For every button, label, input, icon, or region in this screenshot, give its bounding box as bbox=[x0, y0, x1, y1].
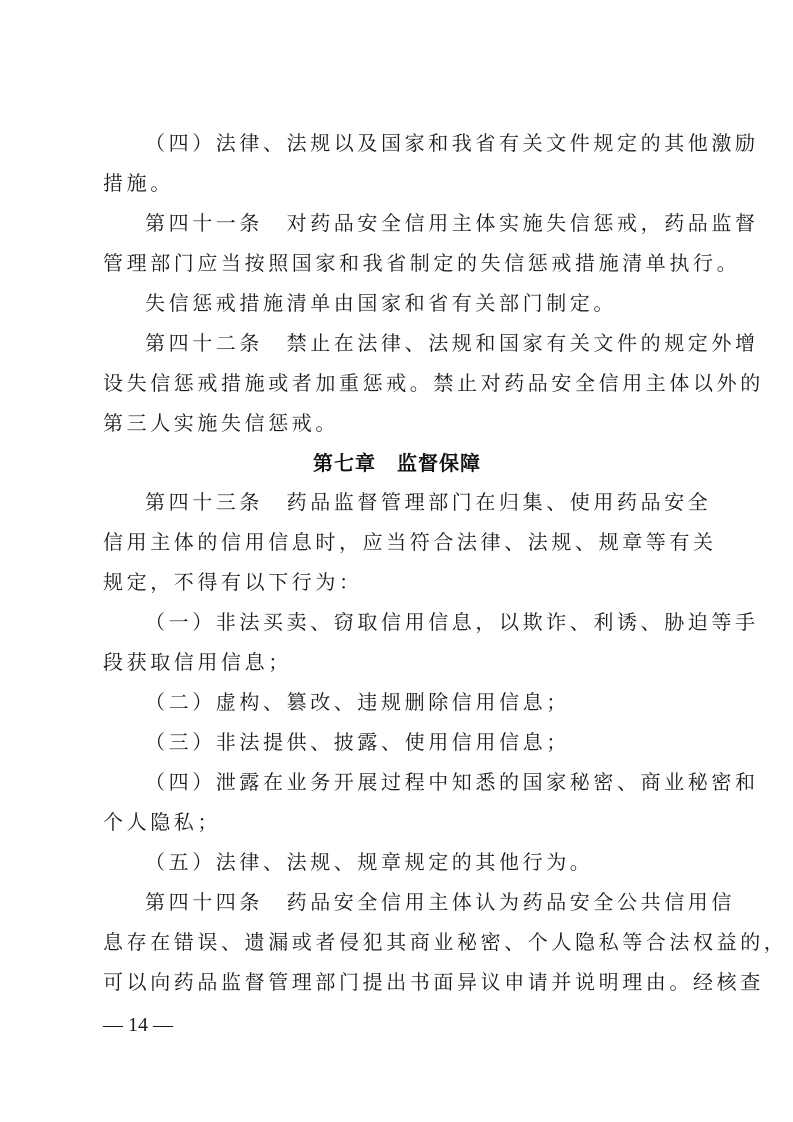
paragraph-line: 第三人实施失信惩戒。 bbox=[103, 403, 691, 443]
paragraph-line: 失信惩戒措施清单由国家和省有关部门制定。 bbox=[103, 283, 691, 323]
article-41-line: 第四十一条 对药品安全信用主体实施失信惩戒，药品监督 bbox=[103, 203, 691, 243]
paragraph-line: （四）法律、法规以及国家和我省有关文件规定的其他激励 bbox=[103, 123, 691, 163]
list-item-line: （五）法律、法规、规章规定的其他行为。 bbox=[103, 842, 691, 882]
paragraph-line: 信用主体的信用信息时，应当符合法律、法规、规章等有关 bbox=[103, 522, 691, 562]
list-item-line: 个人隐私； bbox=[103, 802, 691, 842]
document-page: （四）法律、法规以及国家和我省有关文件规定的其他激励 措施。 第四十一条 对药品… bbox=[0, 0, 793, 1122]
page-number: — 14 — bbox=[103, 1010, 173, 1040]
paragraph-line: 可以向药品监督管理部门提出书面异议申请并说明理由。经核查 bbox=[103, 962, 691, 1002]
paragraph-line: 息存在错误、遗漏或者侵犯其商业秘密、个人隐私等合法权益的， bbox=[103, 922, 691, 962]
article-42-line: 第四十二条 禁止在法律、法规和国家有关文件的规定外增 bbox=[103, 323, 691, 363]
paragraph-line: 设失信惩戒措施或者加重惩戒。禁止对药品安全信用主体以外的 bbox=[103, 363, 691, 403]
list-item-line: （三）非法提供、披露、使用信用信息； bbox=[103, 722, 691, 762]
paragraph-line: 规定，不得有以下行为： bbox=[103, 562, 691, 602]
article-44-line: 第四十四条 药品安全信用主体认为药品安全公共信用信 bbox=[103, 882, 691, 922]
list-item-line: （一）非法买卖、窃取信用信息，以欺诈、利诱、胁迫等手 bbox=[103, 602, 691, 642]
list-item-line: （二）虚构、篡改、违规删除信用信息； bbox=[103, 682, 691, 722]
article-43-line: 第四十三条 药品监督管理部门在归集、使用药品安全 bbox=[103, 482, 691, 522]
paragraph-line: 管理部门应当按照国家和我省制定的失信惩戒措施清单执行。 bbox=[103, 243, 691, 283]
list-item-line: （四）泄露在业务开展过程中知悉的国家秘密、商业秘密和 bbox=[103, 762, 691, 802]
list-item-line: 段获取信用信息； bbox=[103, 642, 691, 682]
paragraph-line: 措施。 bbox=[103, 163, 691, 203]
chapter-heading: 第七章 监督保障 bbox=[103, 443, 691, 483]
